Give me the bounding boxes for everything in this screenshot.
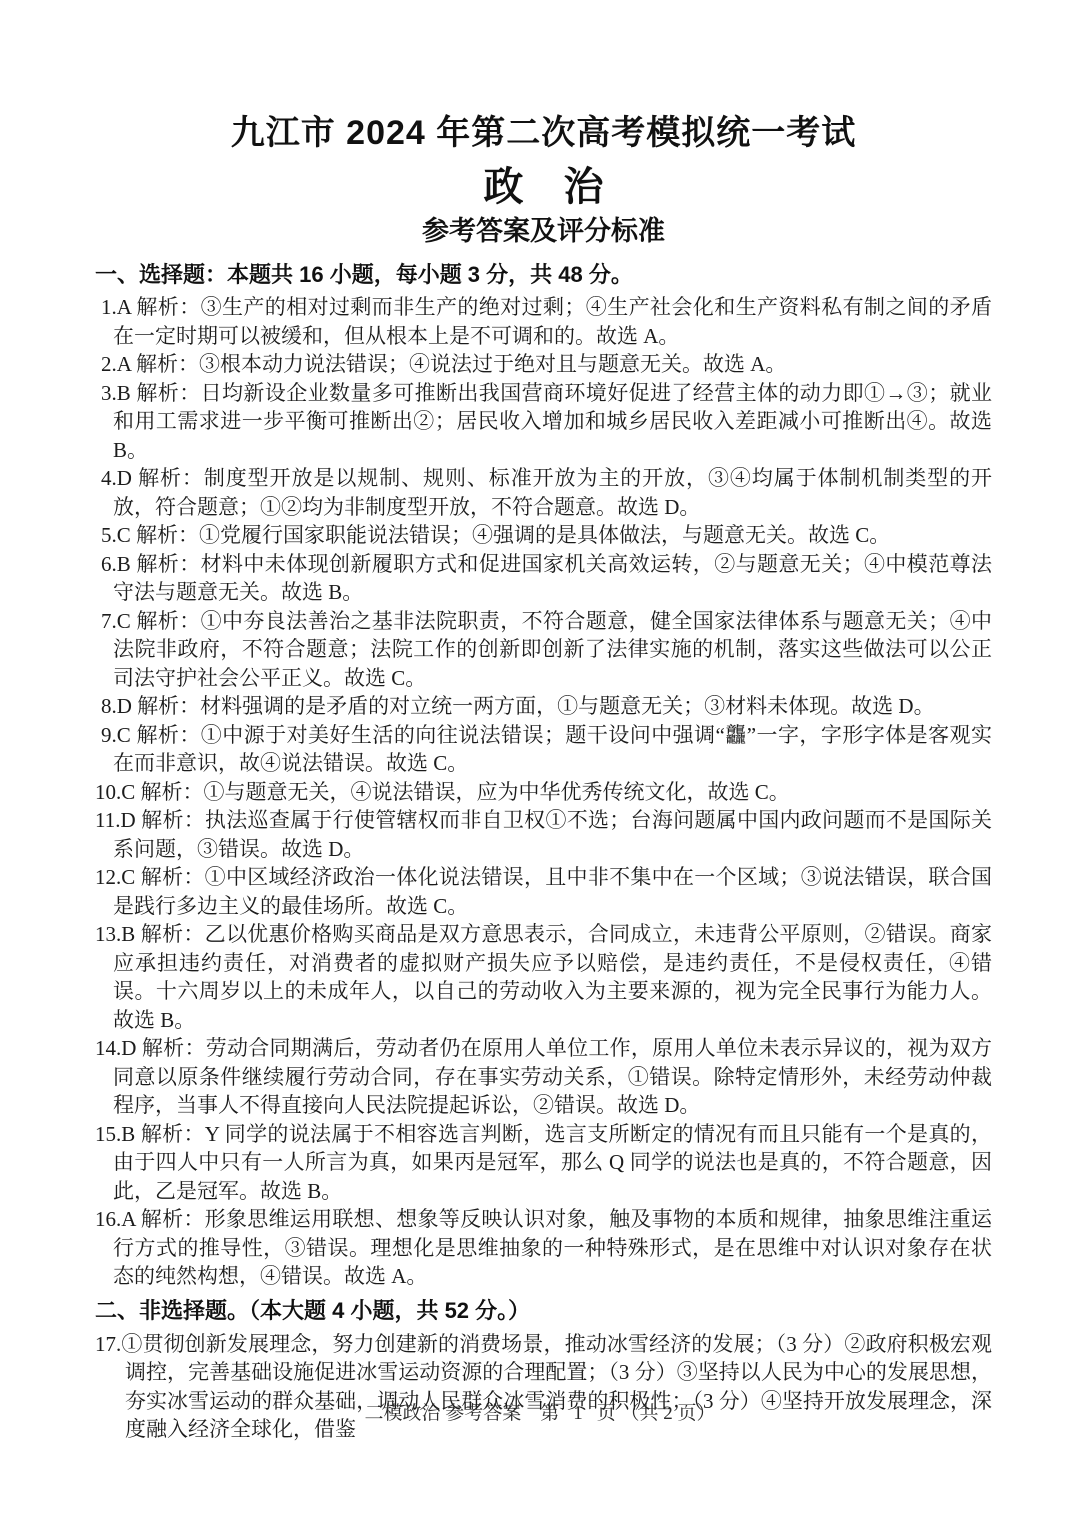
choice-section-heading: 一、选择题：本题共 16 小题，每小题 3 分，共 48 分。 <box>95 261 992 290</box>
answer-item-2: 2.A 解析：③根本动力说法错误；④说法过于绝对且与题意无关。故选 A。 <box>95 350 992 379</box>
exam-answer-page: 九江市 2024 年第二次高考模拟统一考试 政 治 参考答案及评分标准 一、选择… <box>0 0 1080 1526</box>
answer-item-6: 6.B 解析：材料中未体现创新履职方式和促进国家机关高效运转，②与题意无关；④中… <box>95 550 992 607</box>
answer-item-14: 14.D 解析：劳动合同期满后，劳动者仍在原用人单位工作，原用人单位未表示异议的… <box>95 1034 992 1120</box>
answer-item-8: 8.D 解析：材料强调的是矛盾的对立统一两方面，①与题意无关；③材料未体现。故选… <box>95 692 992 721</box>
answer-item-10: 10.C 解析：①与题意无关，④说法错误，应为中华优秀传统文化，故选 C。 <box>95 778 992 807</box>
answer-item-12: 12.C 解析：①中区域经济政治一体化说法错误，且中非不集中在一个区域；③说法错… <box>95 863 992 920</box>
footer-page-number: 1 <box>573 1403 583 1424</box>
page-footer: 二模政治 参考答案 第1页 （共 2 页） <box>0 1398 1080 1425</box>
footer-total-pages: 页 （共 2 页） <box>597 1403 716 1424</box>
answer-item-1: 1.A 解析：③生产的相对过剩而非生产的绝对过剩；④生产社会化和生产资料私有制之… <box>95 293 992 350</box>
answer-item-17: 17.①贯彻创新发展理念，努力创建新的消费场景，推动冰雪经济的发展；（3 分）②… <box>95 1330 992 1444</box>
free-response-section-heading: 二、非选择题。（本大题 4 小题，共 52 分。） <box>95 1297 992 1326</box>
exam-title: 九江市 2024 年第二次高考模拟统一考试 <box>95 112 992 155</box>
answer-item-3: 3.B 解析：日均新设企业数量多可推断出我国营商环境好促进了经营主体的动力即①→… <box>95 379 992 465</box>
subject-title: 政 治 <box>95 163 992 211</box>
answer-item-9: 9.C 解析：①中源于对美好生活的向往说法错误；题干设问中强调“龘”一字，字形字… <box>95 721 992 778</box>
answer-item-13: 13.B 解析：乙以优惠价格购买商品是双方意思表示，合同成立，未违背公平原则，②… <box>95 920 992 1034</box>
answer-key-subtitle: 参考答案及评分标准 <box>95 215 992 247</box>
answer-item-4: 4.D 解析：制度型开放是以规制、规则、标准开放为主的开放，③④均属于体制机制类… <box>95 464 992 521</box>
answer-item-16: 16.A 解析：形象思维运用联想、想象等反映认识对象，触及事物的本质和规律，抽象… <box>95 1205 992 1291</box>
answer-item-11: 11.D 解析：执法巡查属于行使管辖权而非自卫权①不选；台海问题属中国内政问题而… <box>95 806 992 863</box>
answer-item-7: 7.C 解析：①中夯良法善治之基非法院职责，不符合题意，健全国家法律体系与题意无… <box>95 607 992 693</box>
answer-item-5: 5.C 解析：①党履行国家职能说法错误；④强调的是具体做法，与题意无关。故选 C… <box>95 521 992 550</box>
answer-item-15: 15.B 解析：Y 同学的说法属于不相容选言判断，选言支所断定的情况有而且只能有… <box>95 1120 992 1206</box>
footer-label: 二模政治 参考答案 第 <box>364 1403 559 1424</box>
